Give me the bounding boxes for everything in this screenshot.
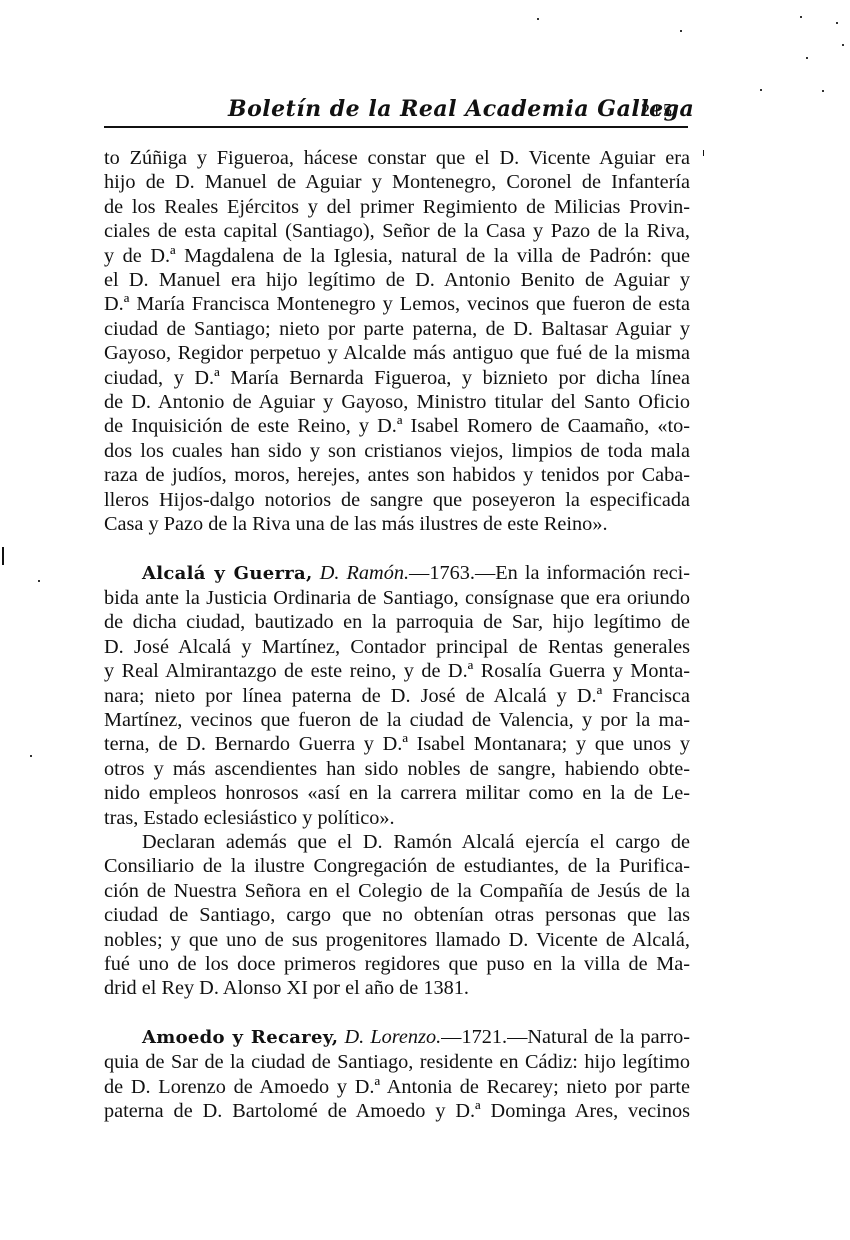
scan-speck: [38, 580, 40, 582]
text-line: D.ª María Francisca Montenegro y Lemos, …: [104, 292, 690, 316]
spacer: [104, 1001, 690, 1025]
entry-heading-line: Alcalá y Guerra, D. Ramón.—1763.—En la i…: [104, 561, 690, 586]
text-line: drid el Rey D. Alonso XI por el año de 1…: [104, 976, 690, 1000]
text-line: y Real Almirantazgo de este reino, y de …: [104, 659, 690, 683]
running-title: Boletín de la Real Academia Gallega: [228, 96, 694, 122]
scan-speck: [836, 22, 838, 24]
text-line: de Inquisición de este Reino, y D.ª Isab…: [104, 414, 690, 438]
text-line: ciudad de Santiago; nieto por parte pate…: [104, 317, 690, 341]
scan-speck: [842, 44, 844, 46]
scan-speck: [680, 30, 682, 32]
entry-amoedo-y-recarey: Amoedo y Recarey, D. Lorenzo.—1721.—Natu…: [104, 1025, 690, 1124]
text-line: de D. Antonio de Aguiar y Gayoso, Minist…: [104, 390, 690, 414]
text-line: Martínez, vecinos que fueron de la ciuda…: [104, 708, 690, 732]
text-line: de los Reales Ejércitos y del primer Reg…: [104, 195, 690, 219]
scan-speck: [806, 57, 808, 59]
scan-speck: [822, 90, 824, 92]
text-line: Gayoso, Regidor perpetuo y Alcalde más a…: [104, 341, 690, 365]
scan-speck: [760, 89, 762, 91]
text-line: D. José Alcalá y Martínez, Contador prin…: [104, 635, 690, 659]
continuation-paragraph: to Zúñiga y Figueroa, hácese constar que…: [104, 146, 690, 537]
text-line: quia de Sar de la ciudad de Santiago, re…: [104, 1050, 690, 1074]
entry-paragraph: Amoedo y Recarey, D. Lorenzo.—1721.—Natu…: [104, 1025, 690, 1124]
text-line: lleros Hijos-dalgo notorios de sangre qu…: [104, 488, 690, 512]
entry-paragraph: Alcalá y Guerra, D. Ramón.—1763.—En la i…: [104, 561, 690, 830]
text-line: de dicha ciudad, bautizado en la parroqu…: [104, 610, 690, 634]
entry-given-name: D. Lorenzo.: [344, 1026, 441, 1048]
text-line: Declaran además que el D. Ramón Alcalá e…: [104, 830, 690, 854]
text-line: ción de Nuestra Señora en el Colegio de …: [104, 879, 690, 903]
text-line: tras, Estado eclesiástico y político».: [104, 806, 690, 830]
entry-alcala-y-guerra: Alcalá y Guerra, D. Ramón.—1763.—En la i…: [104, 561, 690, 1001]
text-line: nido empleos honrosos «así en la carrera…: [104, 781, 690, 805]
text-line: hijo de D. Manuel de Aguiar y Montenegro…: [104, 170, 690, 194]
margin-mark: [703, 150, 704, 156]
entry-year: —1721.—: [441, 1026, 527, 1048]
text-line: otros y más ascendientes han sido nobles…: [104, 757, 690, 781]
text-line: dos los cuales han sido y son cristianos…: [104, 439, 690, 463]
text-line: fué uno de los doce primeros regidores q…: [104, 952, 690, 976]
text-line: y de D.ª Magdalena de la Iglesia, natura…: [104, 244, 690, 268]
body-text: to Zúñiga y Figueroa, hácese constar que…: [104, 146, 690, 1123]
text-line: to Zúñiga y Figueroa, hácese constar que…: [104, 146, 690, 170]
scan-speck: [537, 18, 539, 20]
text-fragment: En la información reci-: [495, 562, 690, 584]
text-line: el D. Manuel era hijo legítimo de D. Ant…: [104, 268, 690, 292]
entry-year: —1763.—: [409, 562, 495, 584]
entry-given-name: D. Ramón.: [320, 562, 409, 584]
text-line: nara; nieto por línea paterna de D. José…: [104, 684, 690, 708]
text-line: Casa y Pazo de la Riva una de las más il…: [104, 512, 690, 536]
text-line: Consiliario de la ilustre Congregación d…: [104, 854, 690, 878]
entry-paragraph-2: Declaran además que el D. Ramón Alcalá e…: [104, 830, 690, 1001]
entry-surname: Amoedo y Recarey,: [142, 1027, 338, 1048]
text-line: bida ante la Justicia Ordinaria de Santi…: [104, 586, 690, 610]
text-line: ciales de esta capital (Santiago), Señor…: [104, 219, 690, 243]
entry-surname: Alcalá y Guerra,: [142, 563, 313, 584]
page-number: 215: [641, 100, 674, 121]
running-head: Boletín de la Real Academia Gallega 215: [104, 96, 688, 128]
text-line: raza de judíos, moros, herejes, antes so…: [104, 463, 690, 487]
text-line: ciudad de Santiago, cargo que no obtenía…: [104, 903, 690, 927]
scan-speck: [30, 755, 32, 757]
margin-mark: [2, 547, 4, 565]
scan-speck: [800, 16, 802, 18]
spacer: [104, 537, 690, 561]
text-line: terna, de D. Bernardo Guerra y D.ª Isabe…: [104, 732, 690, 756]
entry-heading-line: Amoedo y Recarey, D. Lorenzo.—1721.—Natu…: [104, 1025, 690, 1050]
text-line: de D. Lorenzo de Amoedo y D.ª Antonia de…: [104, 1075, 690, 1099]
scanned-page: Boletín de la Real Academia Gallega 215 …: [0, 0, 850, 1240]
text-fragment: Natural de la parro-: [527, 1026, 690, 1048]
text-line: ciudad, y D.ª María Bernarda Figueroa, y…: [104, 366, 690, 390]
text-line: paterna de D. Bartolomé de Amoedo y D.ª …: [104, 1099, 690, 1123]
text-line: nobles; y que uno de sus progenitores ll…: [104, 928, 690, 952]
